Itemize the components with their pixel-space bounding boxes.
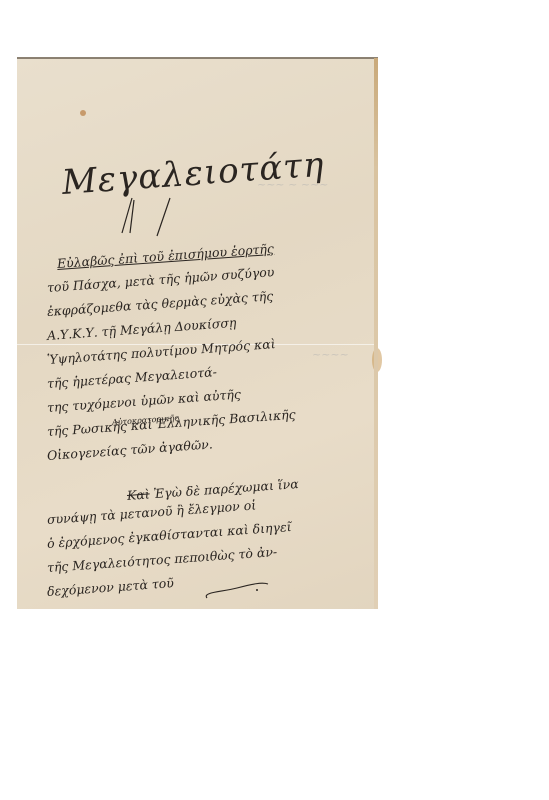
letter-line: δεχόμενον μετὰ τοῦ xyxy=(46,575,174,599)
letter-line: Ὑψηλοτάτης πολυτίμου Μητρός καὶ xyxy=(46,336,275,367)
closing-flourish xyxy=(202,578,272,603)
ink-stain xyxy=(80,110,86,116)
letter-line: Α.Υ.Κ.Υ. τῇ Μεγάλῃ Δουκίσσῃ xyxy=(46,315,236,343)
water-stain xyxy=(372,348,382,372)
letter-line: της τυχόμενοι ὑμῶν καὶ αὐτῆς xyxy=(46,386,241,415)
show-through-text: ~~~~ xyxy=(312,348,349,361)
salutation: Μεγαλειοτάτη xyxy=(61,145,326,203)
letter-line: τῆς ἡμετέρας Μεγαλειοτά- xyxy=(46,364,217,391)
letter-line: Καὶ Ἐγὼ δὲ παρέχωμαι ἵνα xyxy=(126,476,299,503)
letter-line: Οἰκογενείας τῶν ἀγαθῶν. xyxy=(46,436,213,463)
letter-page: ~~~ ~ ~~~ ~~~~ Μεγαλειοτάτη Εὐλαβῶς ἐπὶ … xyxy=(17,57,378,609)
letter-line: ἐκφράζομεθα τὰς θερμὰς εὐχὰς τῆς xyxy=(46,288,273,319)
salutation-flourish xyxy=(112,188,172,238)
